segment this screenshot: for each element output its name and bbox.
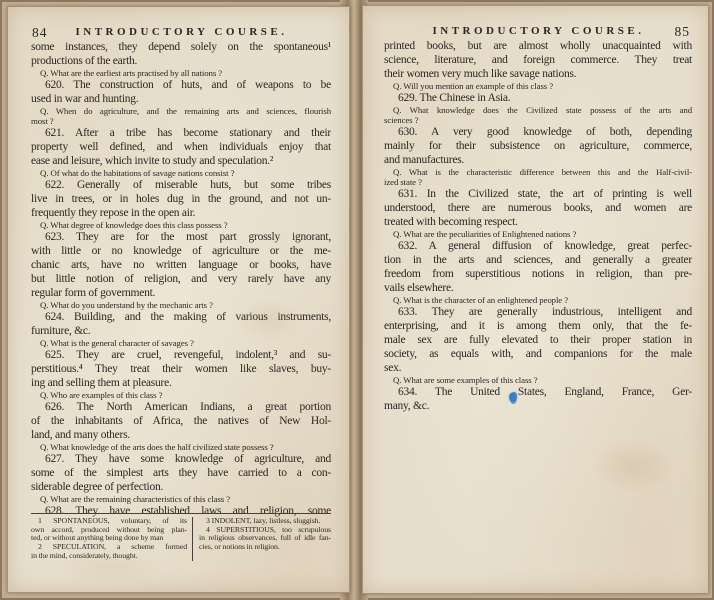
left-page-text: some instances, they depend solely on th… xyxy=(31,40,331,518)
answer-line: understood, there are numerous books, an… xyxy=(384,201,692,215)
question-line: Q. What are some examples of this class … xyxy=(384,375,692,385)
answer-line: treated with becoming respect. xyxy=(384,215,692,229)
running-title-right: INTRODUCTORY COURSE. xyxy=(385,25,692,37)
answer-line: mainly for their subsistence on agricult… xyxy=(384,139,692,153)
footnote-column-left: 1 SPONTANEOUS, voluntary, of itsown acco… xyxy=(31,517,193,561)
question-line: Q. What is the characteristic difference… xyxy=(384,167,692,177)
answer-line: with little or no knowledge of agricultu… xyxy=(31,244,331,258)
footnote-line: 2 SPECULATION, a scheme formed xyxy=(31,543,187,552)
footnote-line: own accord, produced without being plan- xyxy=(31,526,187,535)
footnote-line: in the mind, considerately, thought. xyxy=(31,552,187,561)
answer-line: 620. The construction of huts, and of we… xyxy=(31,78,331,92)
answer-line: furniture, &c. xyxy=(31,324,331,338)
page-number-left: 84 xyxy=(32,25,48,41)
book-scan-spread: 84 INTRODUCTORY COURSE. some instances, … xyxy=(0,0,714,600)
answer-line: 630. A very good knowledge of both, depe… xyxy=(384,125,692,139)
footnote-line: ted, or without anything being done by m… xyxy=(31,534,187,543)
question-line: Q. Who are examples of this class ? xyxy=(31,390,331,400)
answer-line: ease and leisure, which invite to study … xyxy=(31,154,331,168)
answer-line: of the inhabitants of Africa, the native… xyxy=(31,414,331,428)
footnote-line: cies, or notions in religion. xyxy=(199,543,331,552)
answer-line: land, and many others. xyxy=(31,428,331,442)
answer-line: male sex are fully elevated to their pro… xyxy=(384,333,692,347)
answer-line: some of the simplest arts they have carr… xyxy=(31,466,331,480)
answer-line: live in trees, or in holes dug in the gr… xyxy=(31,192,331,206)
paper-stain xyxy=(588,436,678,496)
answer-line: enterprising, and it is among them only,… xyxy=(384,319,692,333)
question-line: Q. What are the remaining characteristic… xyxy=(31,494,331,504)
question-line: Q. What knowledge of the arts does the h… xyxy=(31,442,331,452)
running-title-left: INTRODUCTORY COURSE. xyxy=(30,26,333,38)
question-line: Q. Of what do the habitations of savage … xyxy=(31,168,331,178)
answer-line: 633. They are generally industrious, int… xyxy=(384,305,692,319)
answer-line: 627. They have some knowledge of agricul… xyxy=(31,452,331,466)
question-line: Q. What do you understand by the mechani… xyxy=(31,300,331,310)
question-line: Q. What degree of knowledge does this cl… xyxy=(31,220,331,230)
answer-line: frequently they repose in the open air. xyxy=(31,206,331,220)
answer-line: tion in the arts and sciences, and gener… xyxy=(384,253,692,267)
left-page: 84 INTRODUCTORY COURSE. some instances, … xyxy=(7,6,350,593)
answer-line: their women very much like savage nation… xyxy=(384,67,692,81)
answer-line: 626. The North American Indians, a great… xyxy=(31,400,331,414)
question-line: Q. Will you mention an example of this c… xyxy=(384,81,692,91)
answer-line: ing and selling them at pleasure. xyxy=(31,376,331,390)
answer-line: 634. The United States, England, France,… xyxy=(384,385,692,399)
question-line: Q. What are the peculiarities of Enlight… xyxy=(384,229,692,239)
footnote-line: 3 INDOLENT, lazy, listless, sluggish. xyxy=(199,517,331,526)
answer-line: 625. They are cruel, revengeful, indolen… xyxy=(31,348,331,362)
answer-line: 623. They are for the most part grossly … xyxy=(31,230,331,244)
answer-line: vails elsewhere. xyxy=(384,281,692,295)
answer-line: and manufactures. xyxy=(384,153,692,167)
answer-line: many, &c. xyxy=(384,399,692,413)
footnote-block: 1 SPONTANEOUS, voluntary, of itsown acco… xyxy=(31,513,331,561)
answer-line: chanic arts, have no written language or… xyxy=(31,258,331,272)
page-number-right: 85 xyxy=(675,24,691,40)
answer-line: 631. In the Civilized state, the art of … xyxy=(384,187,692,201)
answer-line: productions of the earth. xyxy=(31,54,331,68)
question-line: Q. What knowledge does the Civilized sta… xyxy=(384,105,692,115)
answer-line: perstitious.⁴ They treat their women lik… xyxy=(31,362,331,376)
answer-line: sex. xyxy=(384,361,692,375)
question-line: sciences ? xyxy=(384,115,692,125)
answer-line: 624. Building, and the making of various… xyxy=(31,310,331,324)
answer-line: some instances, they depend solely on th… xyxy=(31,40,331,54)
answer-line: science, literature, and foreign commerc… xyxy=(384,53,692,67)
question-line: Q. When do agriculture, and the remainin… xyxy=(31,106,331,116)
answer-line: 629. The Chinese in Asia. xyxy=(384,91,692,105)
question-line: Q. What are the earliest arts practised … xyxy=(31,68,331,78)
question-line: most ? xyxy=(31,116,331,126)
answer-line: used in war and hunting. xyxy=(31,92,331,106)
answer-line: property well defined, and when individu… xyxy=(31,140,331,154)
question-line: ized state ? xyxy=(384,177,692,187)
answer-line: 632. A general diffusion of knowledge, g… xyxy=(384,239,692,253)
answer-line: 621. After a tribe has become stationary… xyxy=(31,126,331,140)
answer-line: printed books, but are almost wholly una… xyxy=(384,39,692,53)
question-line: Q. What is the character of an enlighten… xyxy=(384,295,692,305)
answer-line: freedom from superstitious notions in re… xyxy=(384,267,692,281)
footnote-line: in religious observances, full of idle f… xyxy=(199,534,331,543)
answer-line: siderable degree of perfection. xyxy=(31,480,331,494)
answer-line: society, as equals with, and companions … xyxy=(384,347,692,361)
right-page-text: printed books, but are almost wholly una… xyxy=(384,39,692,413)
footnote-column-right: 3 INDOLENT, lazy, listless, sluggish.4 S… xyxy=(193,517,331,561)
footnote-line: 1 SPONTANEOUS, voluntary, of its xyxy=(31,517,187,526)
answer-line: regular form of government. xyxy=(31,286,331,300)
answer-line: 622. Generally of miserable huts, but so… xyxy=(31,178,331,192)
answer-line: but little notion of religion, and very … xyxy=(31,272,331,286)
footnote-line: 4 SUPERSTITIOUS, too scrupulous xyxy=(199,526,331,535)
right-page: INTRODUCTORY COURSE. 85 printed books, b… xyxy=(362,5,709,594)
question-line: Q. What is the general character of sava… xyxy=(31,338,331,348)
